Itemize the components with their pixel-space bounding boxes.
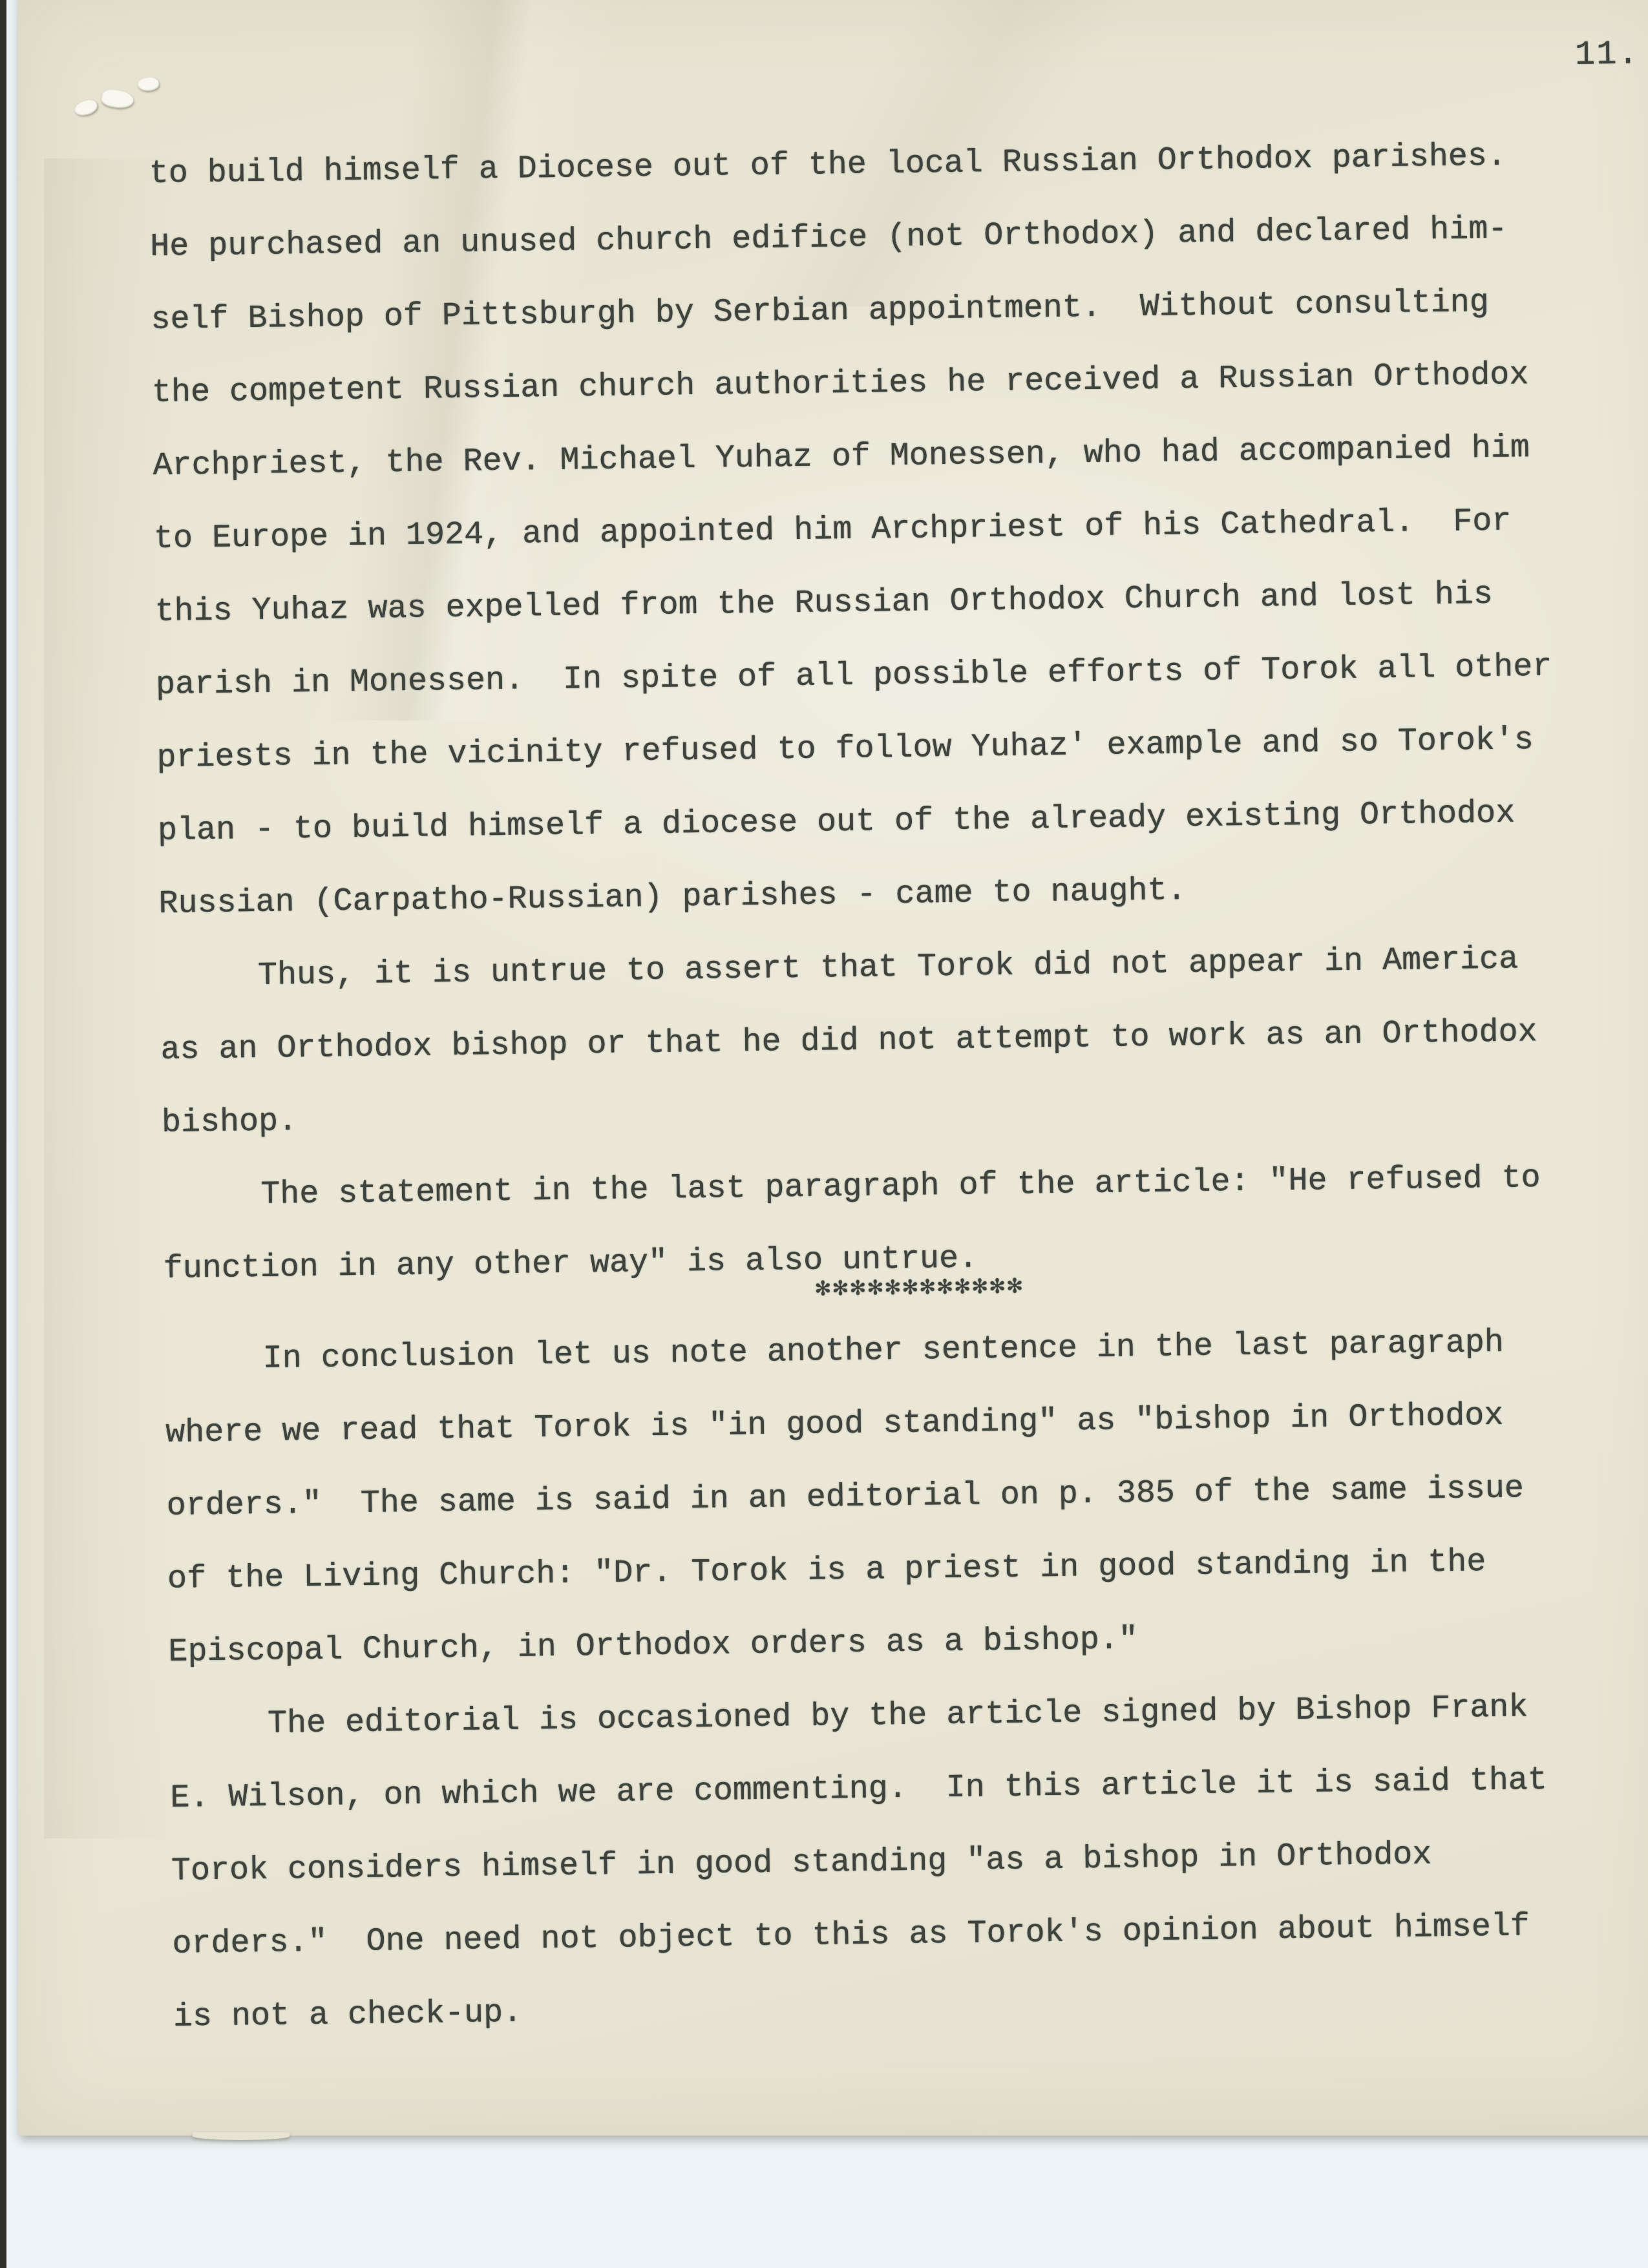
paper-tear-mark [74, 78, 184, 129]
paragraphs-bottom: In conclusion let us note another senten… [164, 1305, 1622, 2054]
typed-page: 11. to build himself a Diocese out of th… [18, 0, 1648, 2136]
typed-text: to build himself a Diocese out of the lo… [149, 119, 1622, 2054]
scanner-edge [0, 0, 6, 2268]
page-number: 11. [1575, 35, 1640, 74]
paragraphs-top: to build himself a Diocese out of the lo… [149, 119, 1611, 1306]
scanned-document: 11. to build himself a Diocese out of th… [0, 0, 1648, 2268]
